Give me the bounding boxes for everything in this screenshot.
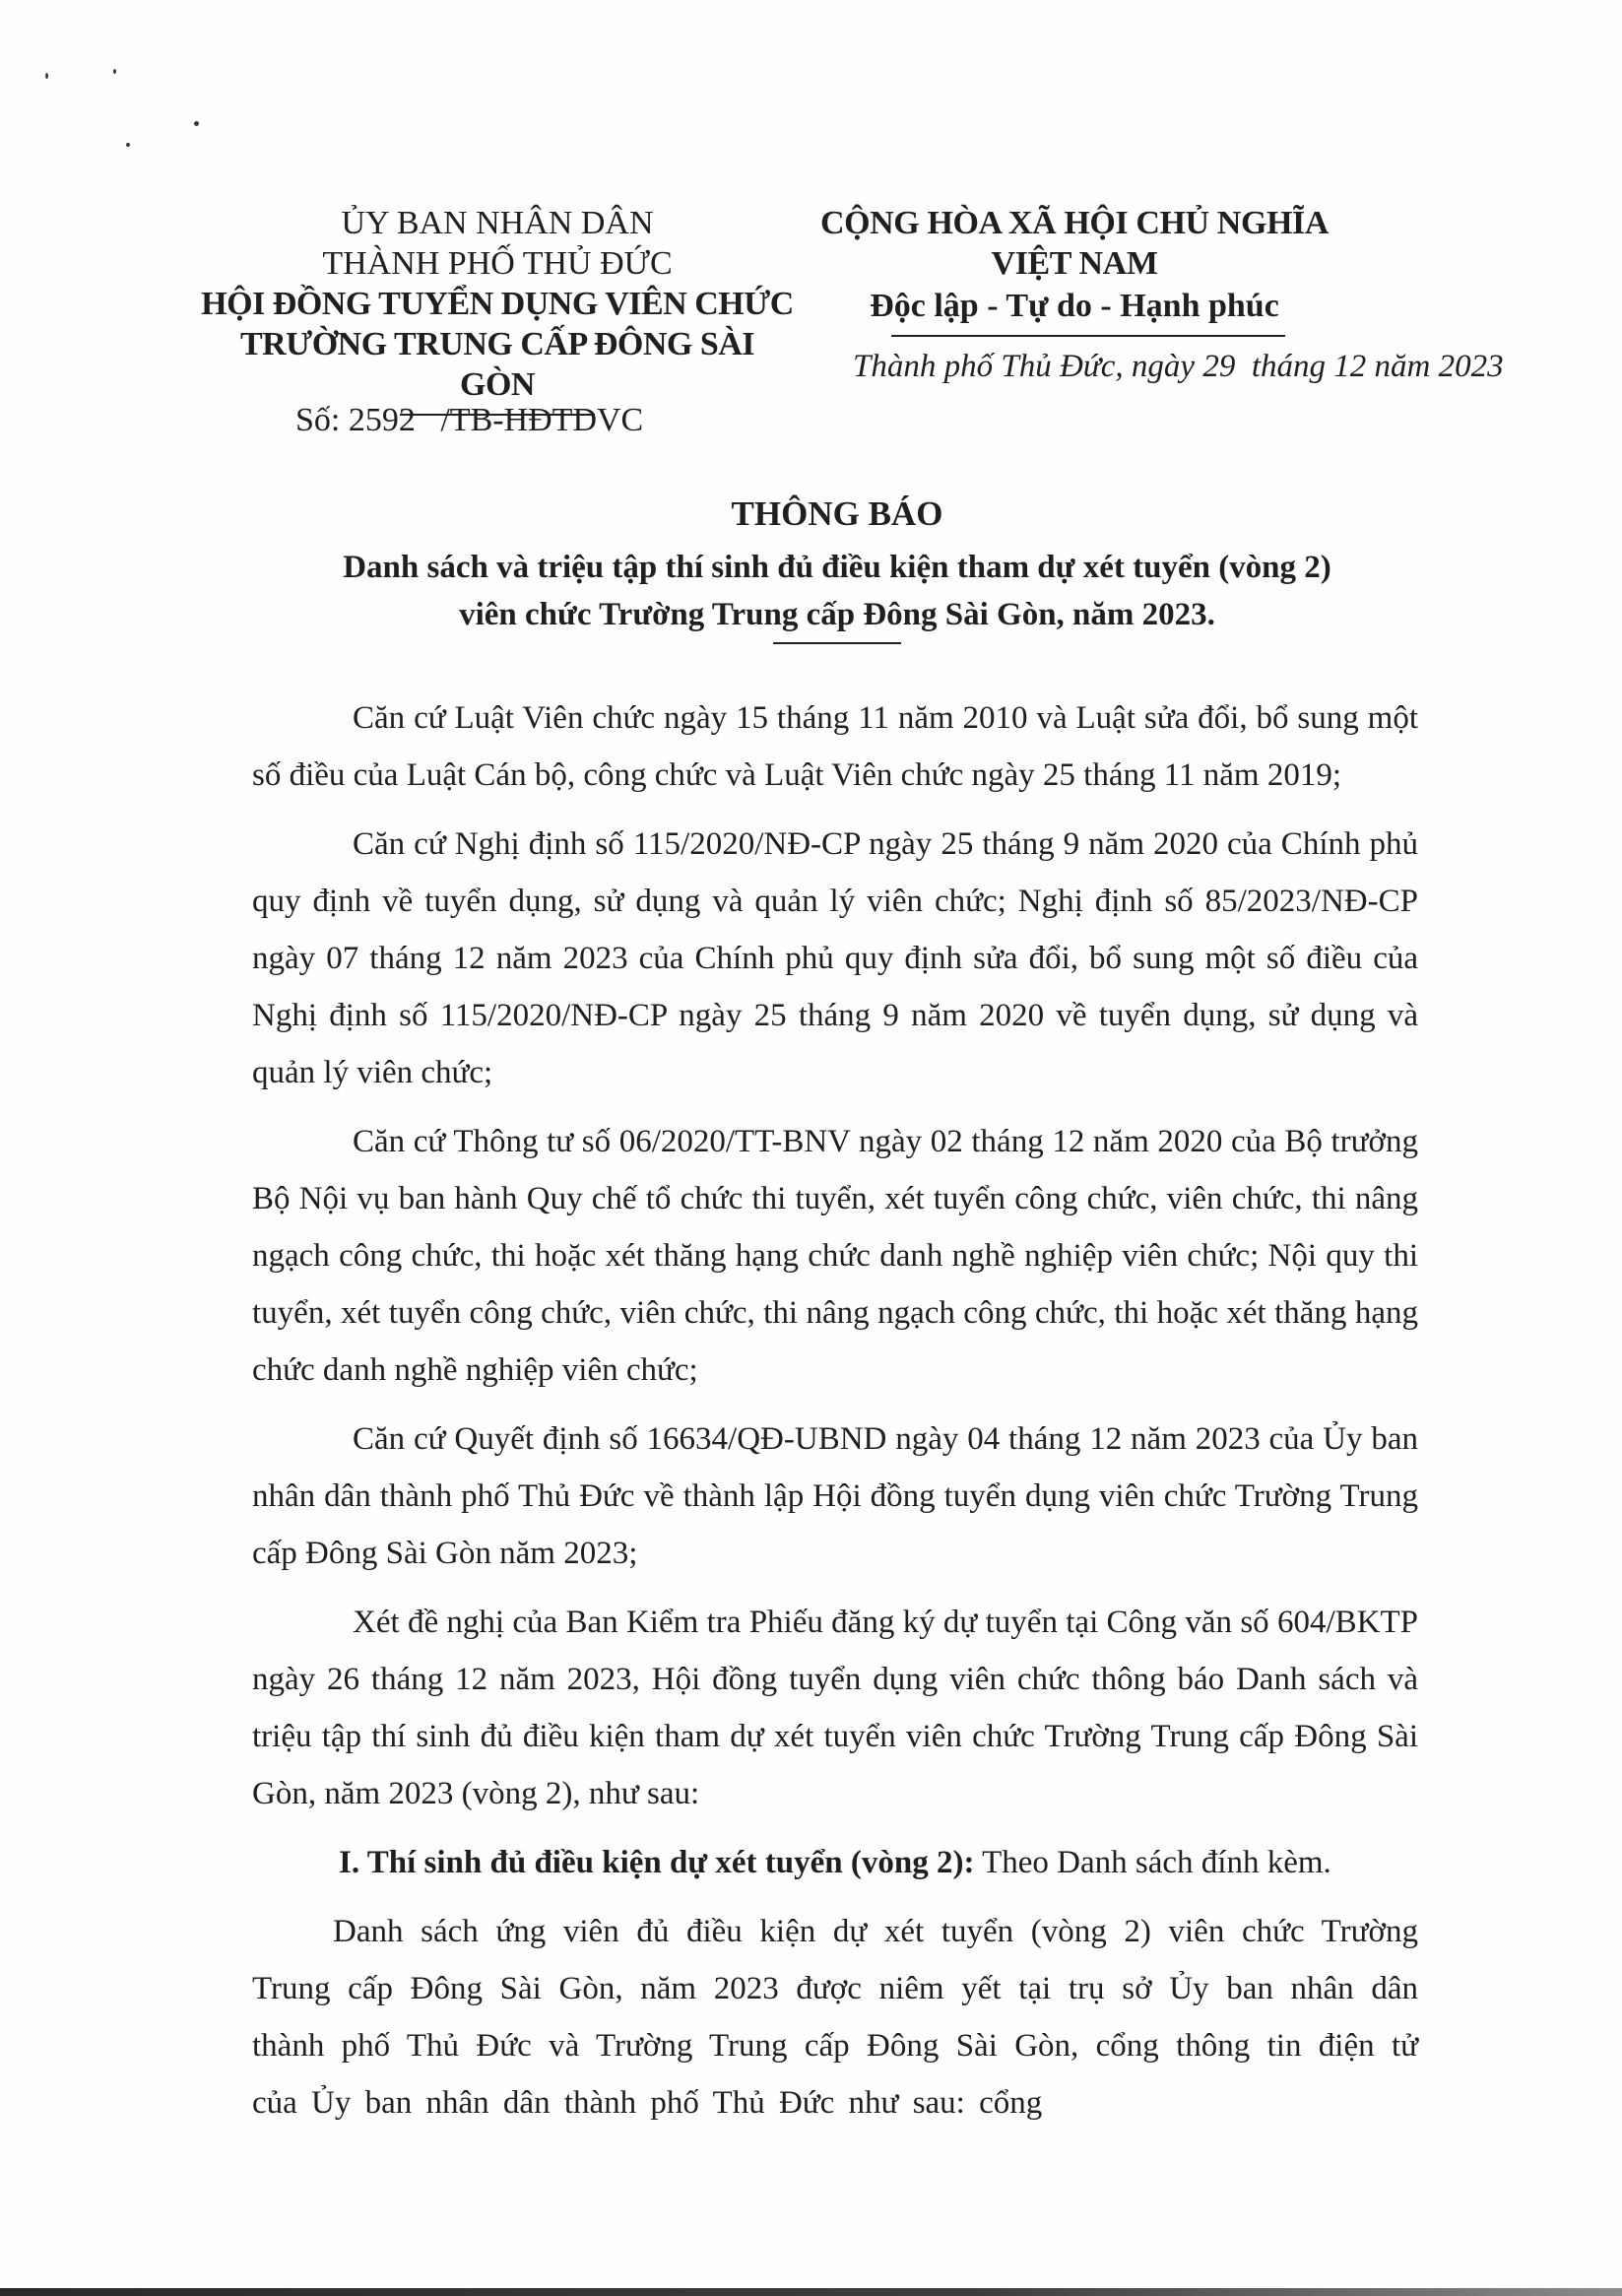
authority-line-1: ỦY BAN NHÂN DÂN	[199, 203, 796, 243]
authority-line-3: HỘI ĐỒNG TUYỂN DỤNG VIÊN CHỨC	[199, 284, 796, 324]
document-number: Số: 2592 /TB-HĐTDVC	[295, 401, 643, 440]
legal-basis-paragraph: Căn cứ Quyết định số 16634/QĐ-UBND ngày …	[252, 1410, 1418, 1582]
document-page: ỦY BAN NHÂN DÂN THÀNH PHỐ THỦ ĐỨC HỘI ĐỒ…	[0, 0, 1622, 2296]
authority-line-2: THÀNH PHỐ THỦ ĐỨC	[199, 243, 796, 284]
title-divider	[773, 642, 901, 644]
scan-speck	[194, 121, 199, 126]
scan-speck	[113, 69, 116, 74]
scan-speck	[126, 143, 130, 147]
posting-paragraph: Danh sách ứng viên đủ điều kiện dự xét t…	[252, 1903, 1418, 2132]
section-1-text: Theo Danh sách đính kèm.	[974, 1845, 1330, 1880]
national-motto: Độc lập - Tự do - Hạnh phúc	[793, 286, 1356, 326]
document-body: Căn cứ Luật Viên chức ngày 15 tháng 11 n…	[252, 689, 1418, 2143]
legal-basis-paragraph: Căn cứ Thông tư số 06/2020/TT-BNV ngày 0…	[252, 1113, 1418, 1399]
place-and-date: Thành phố Thủ Đức, ngày 29 tháng 12 năm …	[853, 347, 1504, 386]
motto-divider	[891, 335, 1285, 337]
scan-speck	[45, 73, 48, 79]
section-1-heading: I. Thí sinh đủ điều kiện dự xét tuyển (v…	[339, 1845, 974, 1880]
document-title: THÔNG BÁO	[246, 492, 1428, 536]
document-subtitle: Danh sách và triệu tập thí sinh đủ điều …	[246, 544, 1428, 638]
subtitle-line-1: Danh sách và triệu tập thí sinh đủ điều …	[246, 544, 1428, 591]
proposal-paragraph: Xét đề nghị của Ban Kiểm tra Phiếu đăng …	[252, 1594, 1418, 1822]
subtitle-line-2: viên chức Trường Trung cấp Đông Sài Gòn,…	[246, 591, 1428, 638]
legal-basis-paragraph: Căn cứ Luật Viên chức ngày 15 tháng 11 n…	[252, 689, 1418, 804]
nation-name: CỘNG HÒA XÃ HỘI CHỦ NGHĨA VIỆT NAM	[793, 203, 1356, 284]
authority-line-4: TRƯỜNG TRUNG CẤP ĐÔNG SÀI GÒN	[199, 324, 796, 405]
document-title-block: THÔNG BÁO Danh sách và triệu tập thí sin…	[246, 492, 1428, 644]
national-header-block: CỘNG HÒA XÃ HỘI CHỦ NGHĨA VIỆT NAM Độc l…	[793, 203, 1356, 337]
issuing-authority-block: ỦY BAN NHÂN DÂN THÀNH PHỐ THỦ ĐỨC HỘI ĐỒ…	[199, 203, 796, 416]
legal-basis-paragraph: Căn cứ Nghị định số 115/2020/NĐ-CP ngày …	[252, 816, 1418, 1101]
scan-edge	[0, 2288, 1622, 2296]
section-1: I. Thí sinh đủ điều kiện dự xét tuyển (v…	[252, 1834, 1418, 1891]
